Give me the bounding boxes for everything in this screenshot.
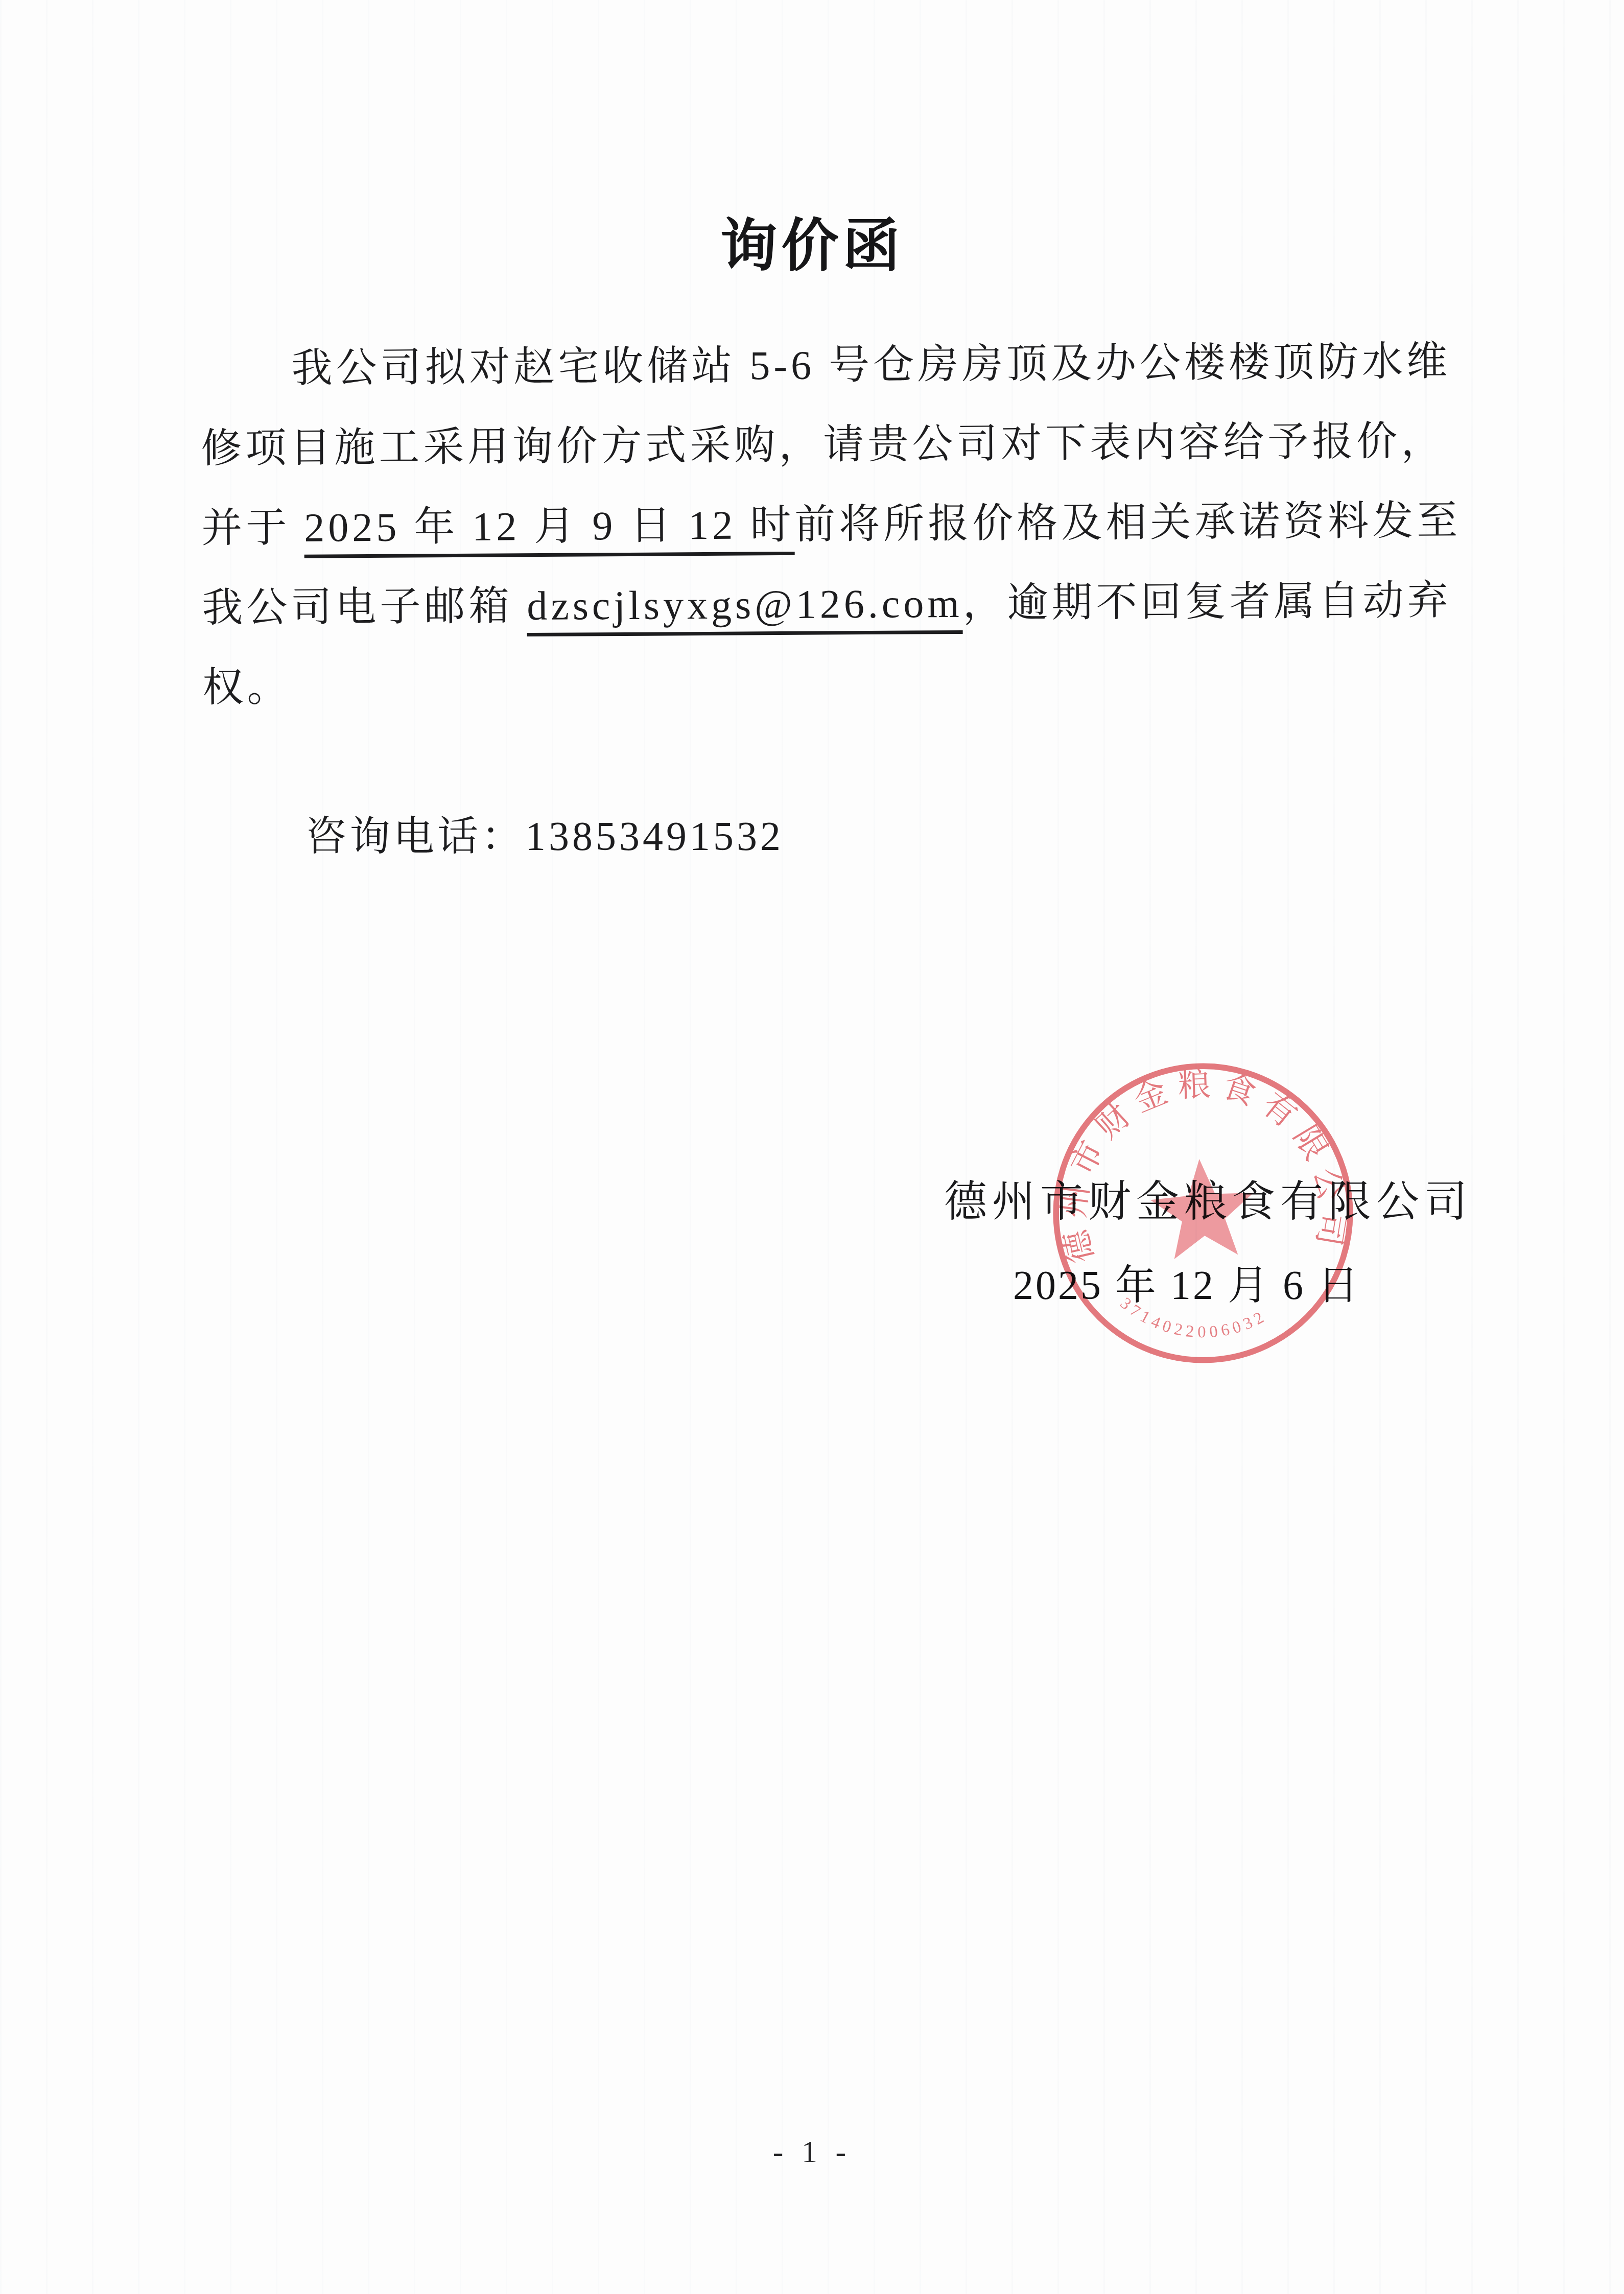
contact-phone-label: 咨询电话： [305,814,525,859]
paragraph-line: 权。 [202,641,1449,728]
page-number: - 1 - [0,2134,1624,2170]
paragraph-line-2-text: 修项目施工采用询价方式采购，请贵公司对下表内容给予报价， [201,419,1445,471]
paragraph-line: 我公司电子邮箱 dzscjlsyxgs@126.com，逾期不回复者属自动弃 [202,561,1449,648]
paragraph-line: 并于 2025 年 12 月 9 日 12 时前将所报价格及相关承诺资料发至 [201,481,1448,569]
body-paragraph: 我公司拟对赵宅收储站 5-6 号仓房房顶及办公楼楼顶防水维 修项目施工采用询价方… [200,322,1449,728]
page-title: 询价函 [0,200,1624,282]
paragraph-line-1-text: 我公司拟对赵宅收储站 5-6 号仓房房顶及办公楼楼顶防水维 [291,339,1451,391]
stamp-star-icon [1148,1155,1258,1261]
paragraph-line-4-suffix: ，逾期不回复者属自动弃 [962,578,1452,626]
paragraph-line: 我公司拟对赵宅收储站 5-6 号仓房房顶及办公楼楼顶防水维 [200,322,1447,409]
scanned-letter-page: 询价函 我公司拟对赵宅收储站 5-6 号仓房房顶及办公楼楼顶防水维 修项目施工采… [0,0,1624,2294]
company-seal-stamp: 德州市财金粮食有限公司 3714022006032 [1034,1036,1372,1390]
paragraph-line-5-text: 权。 [202,665,292,711]
contact-phone-number: 13853491532 [525,814,784,859]
svg-text:3714022006032: 3714022006032 [1116,1284,1272,1347]
stamp-serial-number: 3714022006032 [1116,1284,1272,1347]
deadline-underlined-text: 2025 年 12 月 9 日 12 时 [304,503,795,558]
paragraph-line-3-suffix: 前将所报价格及相关承诺资料发至 [794,499,1462,548]
paragraph-line: 修项目施工采用询价方式采购，请贵公司对下表内容给予报价， [201,401,1448,489]
contact-phone-line: 咨询电话：13853491532 [305,797,784,877]
paragraph-line-3-prefix: 并于 [201,506,304,551]
email-underlined-text: dzscjlsyxgs@126.com [527,581,963,636]
paragraph-line-4-prefix: 我公司电子邮箱 [202,584,527,631]
